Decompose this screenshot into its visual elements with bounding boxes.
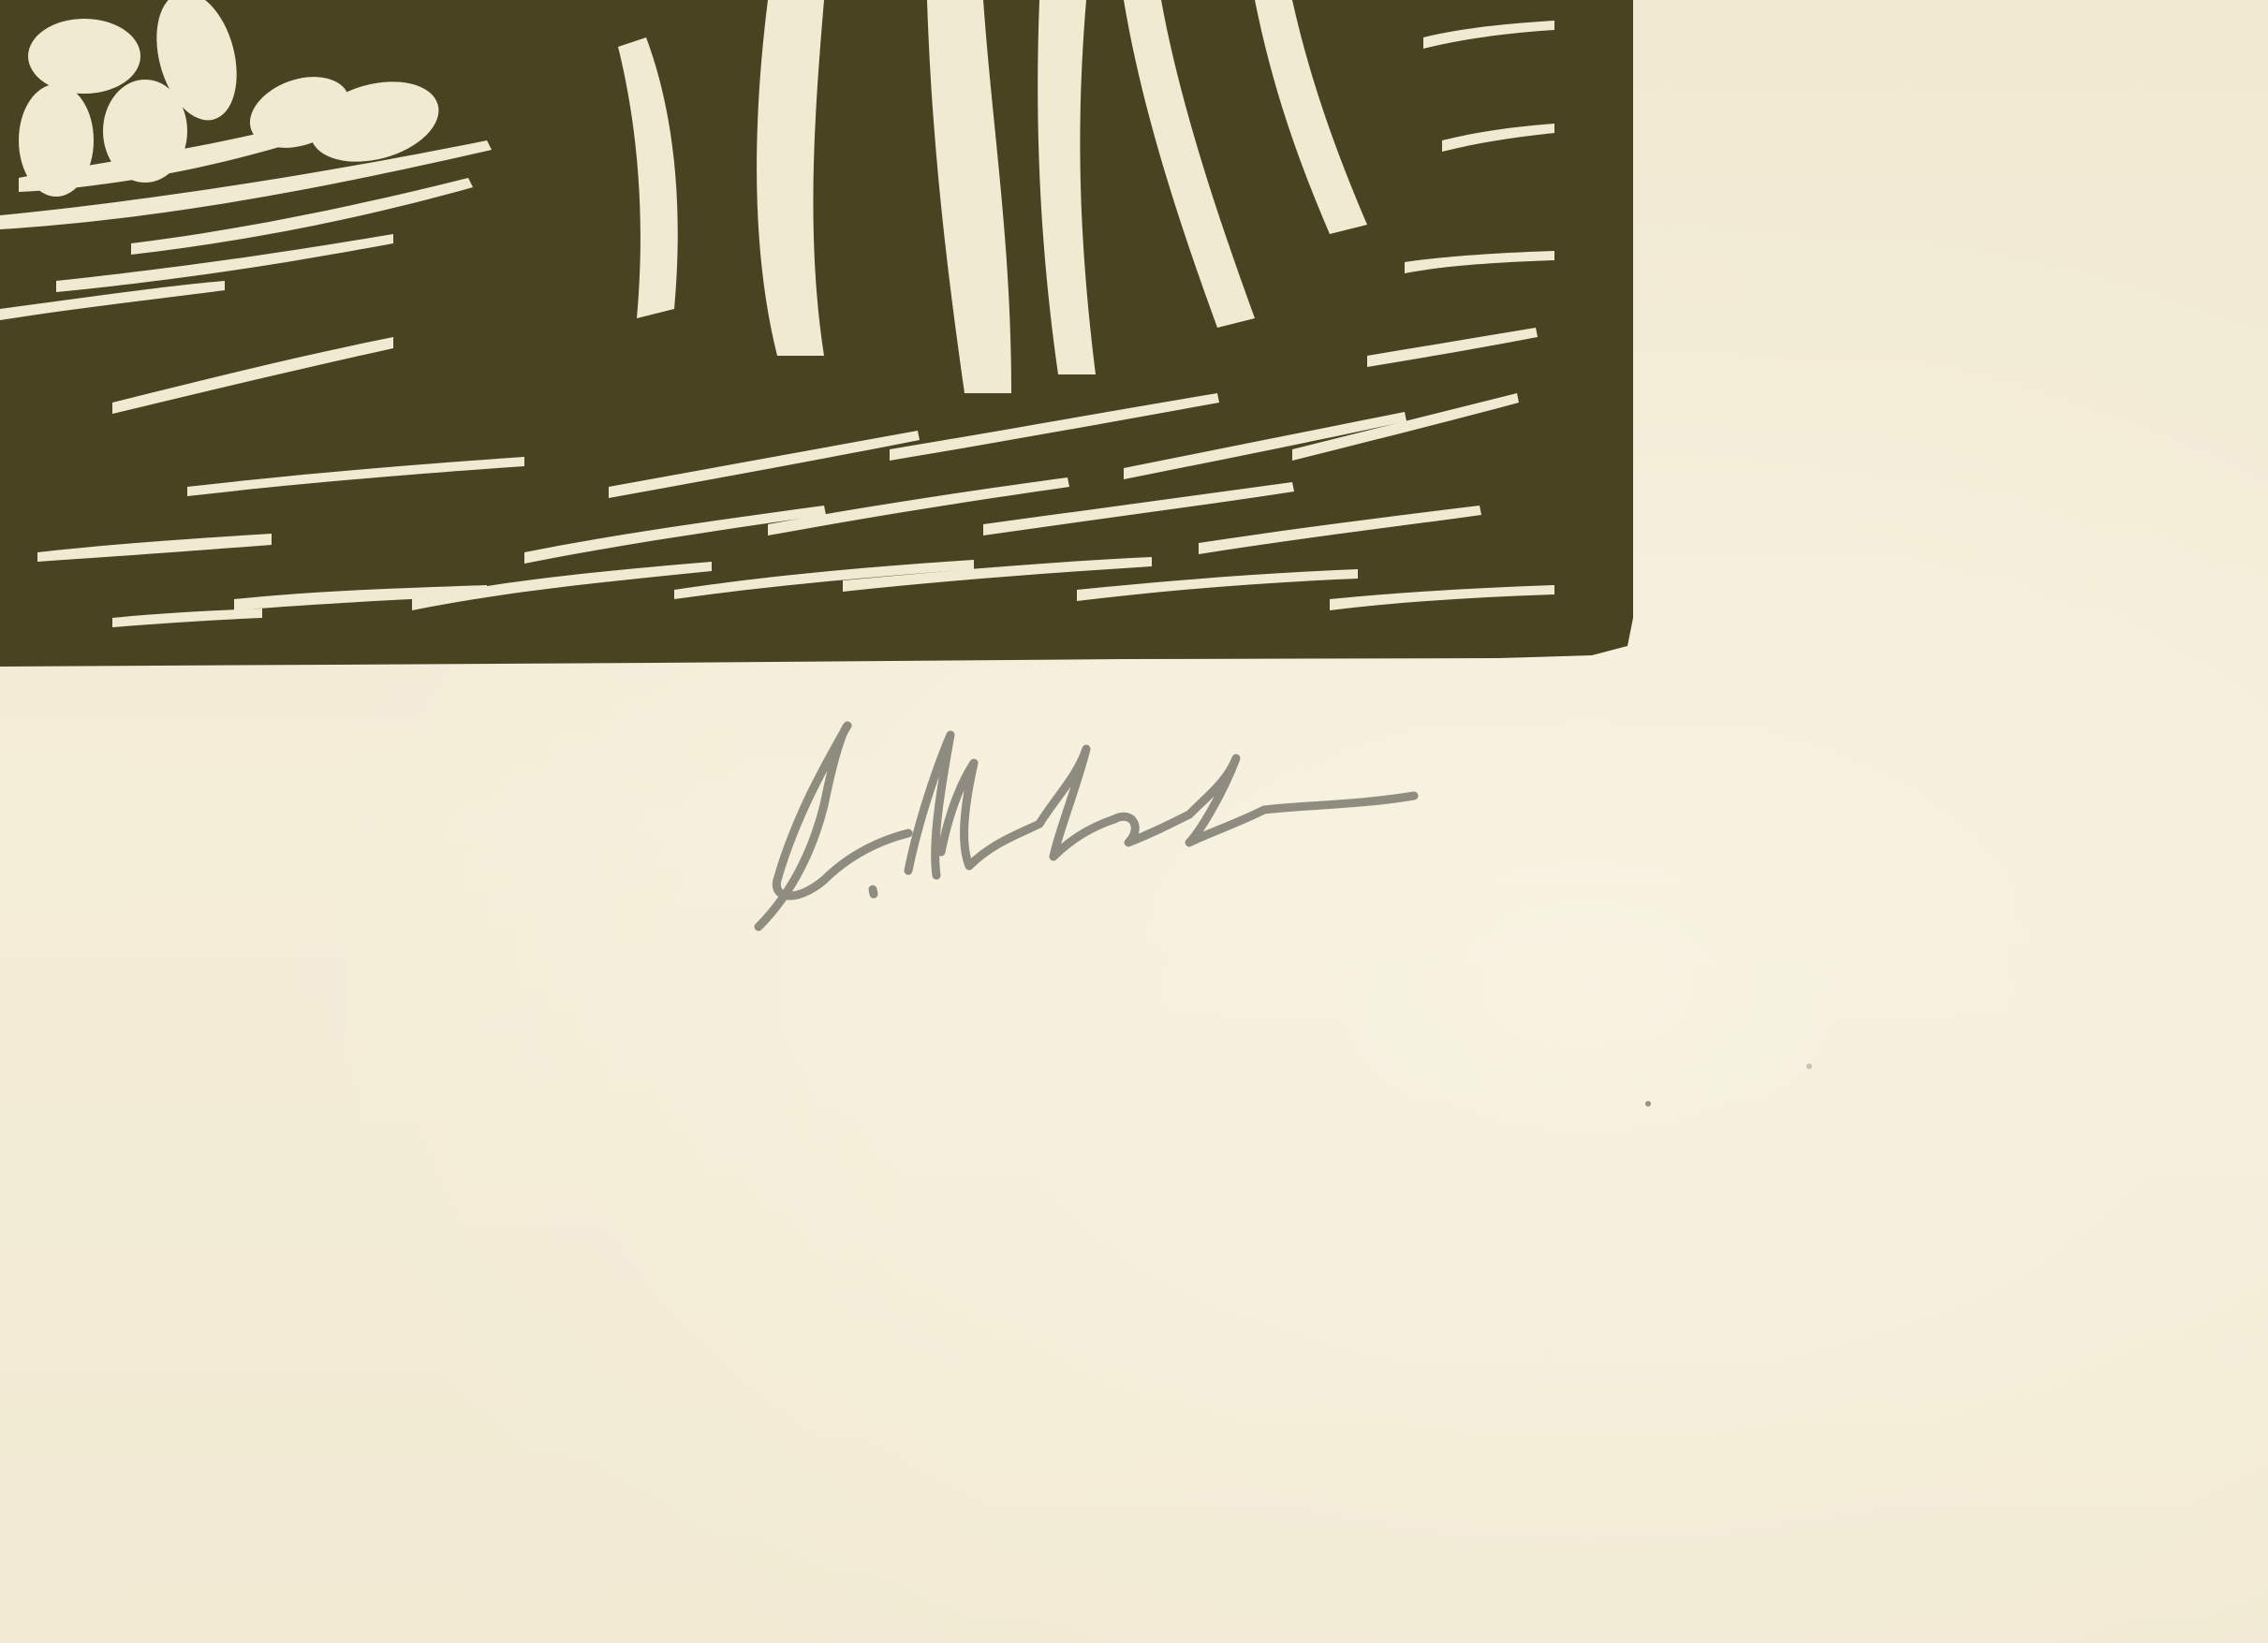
woodcut-block [0,0,1633,667]
paper-speck [1806,1064,1812,1069]
paper-speck [1645,1101,1651,1107]
pencil-signature [740,702,1620,936]
